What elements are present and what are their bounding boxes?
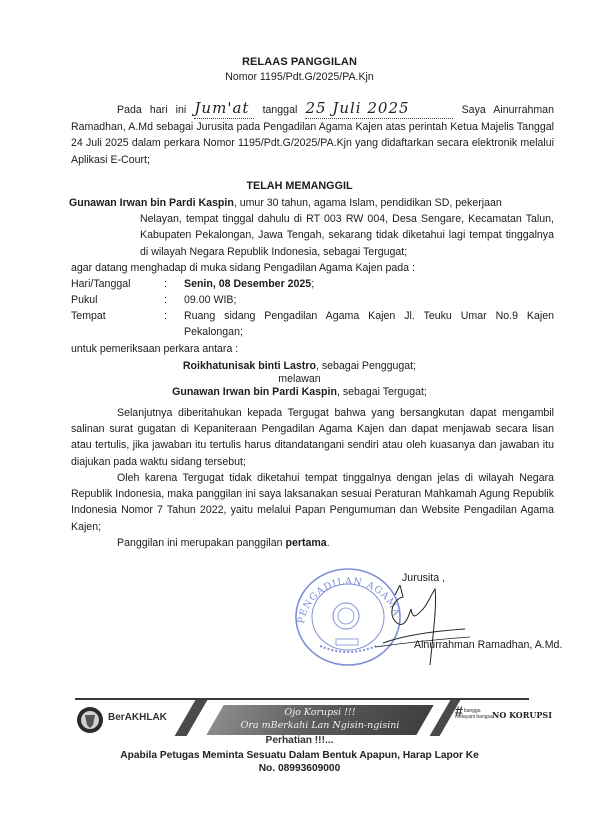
- handwritten-date: 25 Juli 2025: [305, 99, 409, 117]
- schedule-row-place: Tempat : Ruang sidang Pengadilan Agama K…: [71, 308, 554, 340]
- footer-banner-text: Ojo Korupsi !!! Ora mBerkahi Lan Ngisin-…: [215, 706, 425, 732]
- notice-phone: No. 08993609000: [0, 763, 599, 774]
- defendant-name-2: Gunawan Irwan bin Pardi Kaspin: [172, 386, 337, 398]
- signer-role: Jurusita ,: [402, 572, 445, 584]
- versus-label: melawan: [0, 373, 599, 386]
- defendant-name: Gunawan Irwan bin Pardi Kaspin: [69, 197, 234, 209]
- case-parties: Roikhatunisak binti Lastro, sebagai Peng…: [0, 360, 599, 399]
- hearing-place: Ruang sidang Pengadilan Agama Kajen Jl. …: [184, 308, 554, 340]
- defendant-identity: Gunawan Irwan bin Pardi Kaspin, umur 30 …: [71, 195, 554, 260]
- document-title: RELAAS PANGGILAN: [0, 56, 599, 68]
- schedule-row-time: Pukul : 09.00 WIB;: [71, 292, 554, 308]
- notice-title: Perhatian !!!...: [0, 735, 599, 746]
- section-heading: TELAH MEMANGGIL: [0, 180, 599, 192]
- case-number: Nomor 1195/Pdt.G/2025/PA.Kjn: [0, 71, 599, 83]
- schedule-row-date: Hari/Tanggal : Senin, 08 Desember 2025;: [71, 276, 554, 292]
- berakhlak-emblem-icon: [75, 705, 105, 735]
- handwritten-day: Jum'at: [194, 99, 249, 117]
- signer-name: Ainurrahman Ramadhan, A.Md.: [414, 639, 562, 651]
- berakhlak-logo: BerAKHLAK: [108, 712, 167, 723]
- footer-divider: [75, 698, 529, 700]
- hearing-time: 09.00 WIB;: [184, 292, 554, 308]
- no-korupsi-logo: NO KORUPSI: [492, 710, 552, 720]
- case-intro: untuk pemeriksaan perkara antara :: [71, 341, 554, 357]
- hearing-date: Senin, 08 Desember 2025: [184, 278, 311, 290]
- notice-line-1: Apabila Petugas Meminta Sesuatu Dalam Be…: [0, 750, 599, 761]
- footer-stripe: [175, 700, 208, 736]
- summon-intro: agar datang menghadap di muka sidang Pen…: [71, 260, 554, 276]
- plaintiff-name: Roikhatunisak binti Lastro: [183, 360, 316, 372]
- paragraph-3: Panggilan ini merupakan panggilan pertam…: [71, 535, 554, 551]
- bangga-melayani-logo: #bangga melayani bangsa: [455, 708, 495, 720]
- opening-paragraph: Pada hari ini Jum'at tanggal 25 Juli 202…: [71, 100, 554, 168]
- paragraph-1: Selanjutnya diberitahukan kepada Terguga…: [71, 405, 554, 470]
- signature-icon: [345, 585, 475, 675]
- paragraph-2: Oleh karena Tergugat tidak diketahui tem…: [71, 470, 554, 535]
